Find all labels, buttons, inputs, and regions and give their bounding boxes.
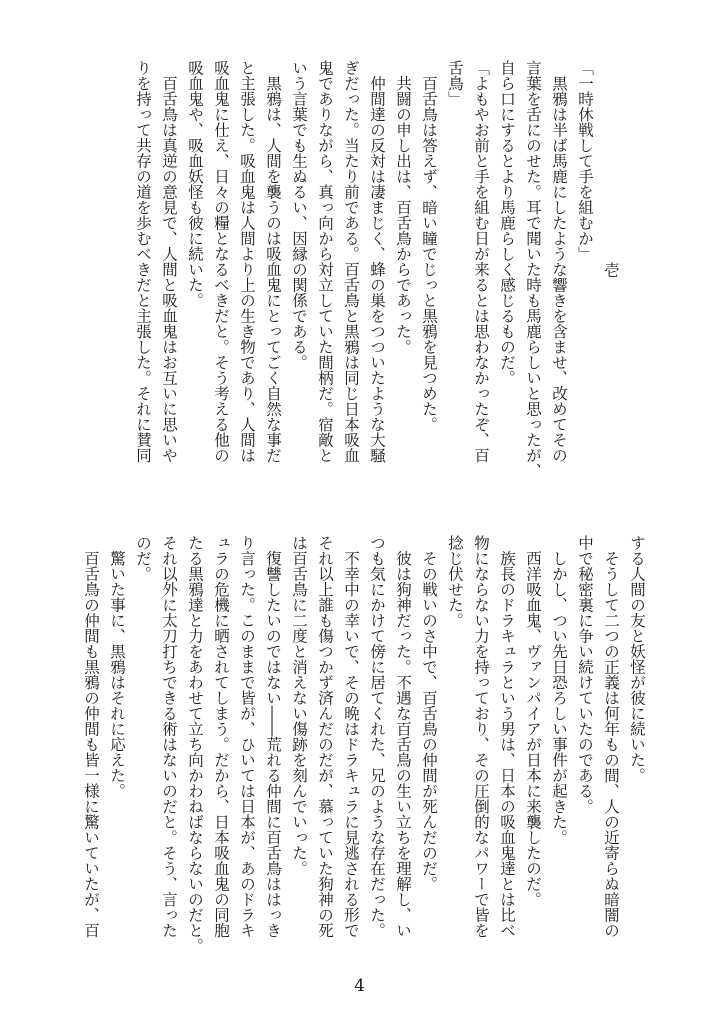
text-line: 仲間達の反対は凄まじく、蜂の巣をつついたような大騒 [364,60,390,480]
text-line: そうして二つの正義は何年もの間、人の近寄らぬ暗闇の [598,535,624,955]
text-line: それ以上誰も傷つかず済んだのだが、慕っていた狗神の死 [312,535,338,955]
text-line: 「一時休戦して手を組むか」 [572,60,598,480]
text-line: する人間の友と妖怪が彼に続いた。 [624,535,650,955]
text-line: りを持って共存の道を歩むべきだと主張した。それに賛同 [130,60,156,480]
text-line: り言った。このままで皆が、ひいては日本が、あのドラキ [234,535,260,955]
text-line: 舌鳥」 [442,60,468,480]
text-line: 不幸中の幸いで、その晩はドラキュラに見逃される形で [338,535,364,955]
top-text-block: 壱 「一時休戦して手を組むか」 黒鴉は半ば馬鹿にしたような響きを含ませ、改めてそ… [130,60,624,480]
text-line: 捻じ伏せた。 [442,535,468,955]
text-line: 吸血鬼や、吸血妖怪も彼に続いた。 [182,60,208,480]
text-line: 百舌鳥は真逆の意見で、人間と吸血鬼はお互いに思いや [156,60,182,480]
chapter-heading: 壱 [598,60,624,480]
novel-page: 壱 「一時休戦して手を組むか」 黒鴉は半ば馬鹿にしたような響きを含ませ、改めてそ… [0,0,719,1024]
text-line: ぎだった。当たり前である。百舌鳥と黒鴉は同じ日本吸血 [338,60,364,480]
text-line: 吸血鬼に仕え、日々の糧となるべきだと。そう考える他の [208,60,234,480]
text-line: 驚いた事に、黒鴉はそれに応えた。 [104,535,130,955]
text-line: は百舌鳥に二度と消えない傷跡を刻んでいった。 [286,535,312,955]
text-line: ュラの危機に晒されてしまう。だから、日本吸血鬼の同胞 [208,535,234,955]
text-line: しかし、つい先日恐ろしい事件が起きた。 [546,535,572,955]
text-line: 中で秘密裏に争い続けていたのである。 [572,535,598,955]
text-line: 物にならない力を持っており、その圧倒的なパワーで皆を [468,535,494,955]
bottom-text-block: する人間の友と妖怪が彼に続いた。 そうして二つの正義は何年もの間、人の近寄らぬ暗… [78,535,650,955]
text-line: たる黒鴉達と力をあわせて立ち向かわねばならないのだと。 [182,535,208,955]
text-line: 百舌鳥の仲間も黒鴉の仲間も皆一様に驚いていたが、百 [78,535,104,955]
text-line: のだ。 [130,535,156,955]
text-line: 黒鴉は、人間を襲うのは吸血鬼にとってごく自然な事だ [260,60,286,480]
text-line: 自ら口にするとより馬鹿らしく感じるものだ。 [494,60,520,480]
text-line: 共闘の申し出は、百舌鳥からであった。 [390,60,416,480]
text-line: それ以外に太刀打ちできる術はないのだと。そう、言った [156,535,182,955]
text-line: 黒鴉は半ば馬鹿にしたような響きを含ませ、改めてその [546,60,572,480]
text-line: つも気にかけて傍に居てくれた、兄のような存在だった。 [364,535,390,955]
page-number: 4 [0,976,719,996]
text-line: その戦いのさ中で、百舌鳥の仲間が死んだのだ。 [416,535,442,955]
text-line: 西洋吸血鬼、ヴァンパイアが日本に来襲したのだ。 [520,535,546,955]
text-line: 復讐したいのではない――荒れる仲間に百舌鳥ははっき [260,535,286,955]
text-line: 族長のドラキュラという男は、日本の吸血鬼達とは比べ [494,535,520,955]
text-line: 彼は狗神だった。不遇な百舌鳥の生い立ちを理解し、い [390,535,416,955]
text-line: 鬼でありながら、真っ向から対立していた間柄だ。宿敵と [312,60,338,480]
text-line: いう言葉でも生ぬるい、因縁の関係である。 [286,60,312,480]
text-line: と主張した。吸血鬼は人間より上の生き物であり、人間は [234,60,260,480]
text-line: 言葉を舌にのせた。耳で聞いた時も馬鹿らしいと思ったが、 [520,60,546,480]
text-line: 「よもやお前と手を組む日が来るとは思わなかったぞ、百 [468,60,494,480]
text-line: 百舌鳥は答えず、暗い瞳でじっと黒鴉を見つめた。 [416,60,442,480]
